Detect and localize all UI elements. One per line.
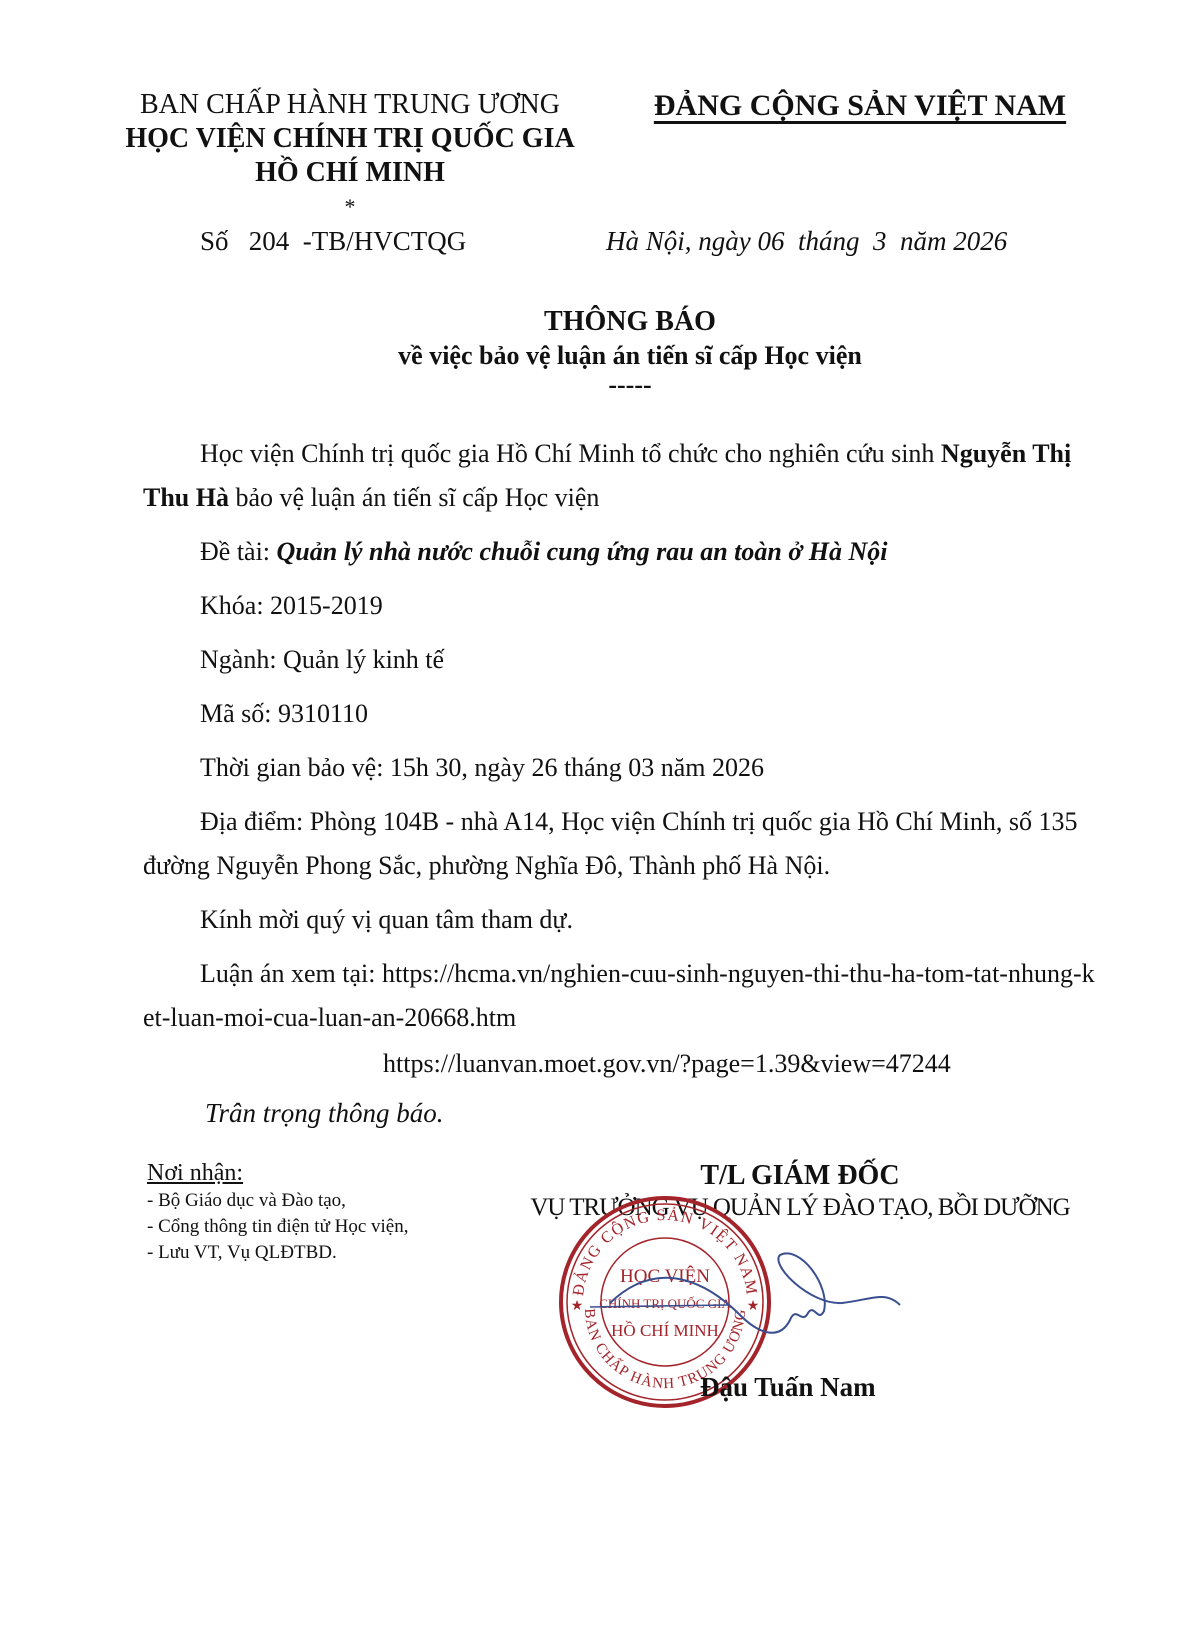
party-name: ĐẢNG CỘNG SẢN VIỆT NAM: [620, 88, 1100, 124]
academy-name-line1: HỌC VIỆN CHÍNH TRỊ QUỐC GIA: [110, 122, 590, 156]
recipients-heading: Nơi nhận:: [147, 1158, 409, 1188]
academy-name-line2: HỒ CHÍ MINH: [110, 156, 590, 190]
intro-suffix: bảo vệ luận án tiến sĩ cấp Học viện: [229, 483, 599, 512]
thesis-link-moet[interactable]: https://luanvan.moet.gov.vn/?page=1.39&v…: [383, 1049, 951, 1078]
recipient-item: - Cổng thông tin điện tử Học viện,: [147, 1214, 409, 1240]
handwritten-signature-icon: [580, 1245, 910, 1365]
document-number: Số 204 -TB/HVCTQG: [200, 226, 466, 257]
topic-title: Quản lý nhà nước chuỗi cung ứng rau an t…: [277, 537, 888, 566]
recipients-block: Nơi nhận: - Bộ Giáo dục và Đào tạo, - Cổ…: [147, 1158, 409, 1266]
intro-prefix: Học viện Chính trị quốc gia Hồ Chí Minh …: [200, 439, 941, 468]
recipient-item: - Lưu VT, Vụ QLĐTBD.: [147, 1240, 409, 1266]
view-label: Luận án xem tại:: [200, 959, 382, 988]
closing-line: Trân trọng thông báo.: [205, 1098, 444, 1129]
recipient-item: - Bộ Giáo dục và Đào tạo,: [147, 1188, 409, 1214]
topic-line: Đề tài: Quản lý nhà nước chuỗi cung ứng …: [143, 530, 1103, 574]
thesis-link-moet-line: https://luanvan.moet.gov.vn/?page=1.39&v…: [143, 1042, 1103, 1086]
document-title: THÔNG BÁO về việc bảo vệ luận án tiến sĩ…: [300, 305, 960, 397]
party-heading: ĐẢNG CỘNG SẢN VIỆT NAM: [620, 88, 1100, 124]
issuing-authority: BAN CHẤP HÀNH TRUNG ƯƠNG HỌC VIỆN CHÍNH …: [110, 88, 590, 218]
major-line: Ngành: Quản lý kinh tế: [143, 638, 1103, 682]
on-behalf-label: T/L GIÁM ĐỐC: [500, 1160, 1100, 1192]
place-date: Hà Nội, ngày 06 tháng 3 năm 2026: [606, 226, 1007, 257]
defense-location: Địa điểm: Phòng 104B - nhà A14, Học viện…: [143, 800, 1103, 888]
defense-time: Thời gian bảo vệ: 15h 30, ngày 26 tháng …: [143, 746, 1103, 790]
topic-label: Đề tài:: [200, 537, 277, 566]
title-separator: -----: [300, 373, 960, 397]
central-committee-label: BAN CHẤP HÀNH TRUNG ƯƠNG: [110, 88, 590, 122]
code-line: Mã số: 9310110: [143, 692, 1103, 736]
title-main: THÔNG BÁO: [300, 305, 960, 339]
invitation-line: Kính mời quý vị quan tâm tham dự.: [143, 898, 1103, 942]
intro-paragraph: Học viện Chính trị quốc gia Hồ Chí Minh …: [143, 432, 1103, 520]
thesis-link-line: Luận án xem tại: https://hcma.vn/nghien-…: [143, 952, 1103, 1040]
body-content: Học viện Chính trị quốc gia Hồ Chí Minh …: [143, 432, 1103, 1086]
star-mark: *: [110, 196, 590, 218]
title-subtitle: về việc bảo vệ luận án tiến sĩ cấp Học v…: [300, 339, 960, 373]
course-line: Khóa: 2015-2019: [143, 584, 1103, 628]
signer-name: Đậu Tuấn Nam: [700, 1372, 876, 1403]
